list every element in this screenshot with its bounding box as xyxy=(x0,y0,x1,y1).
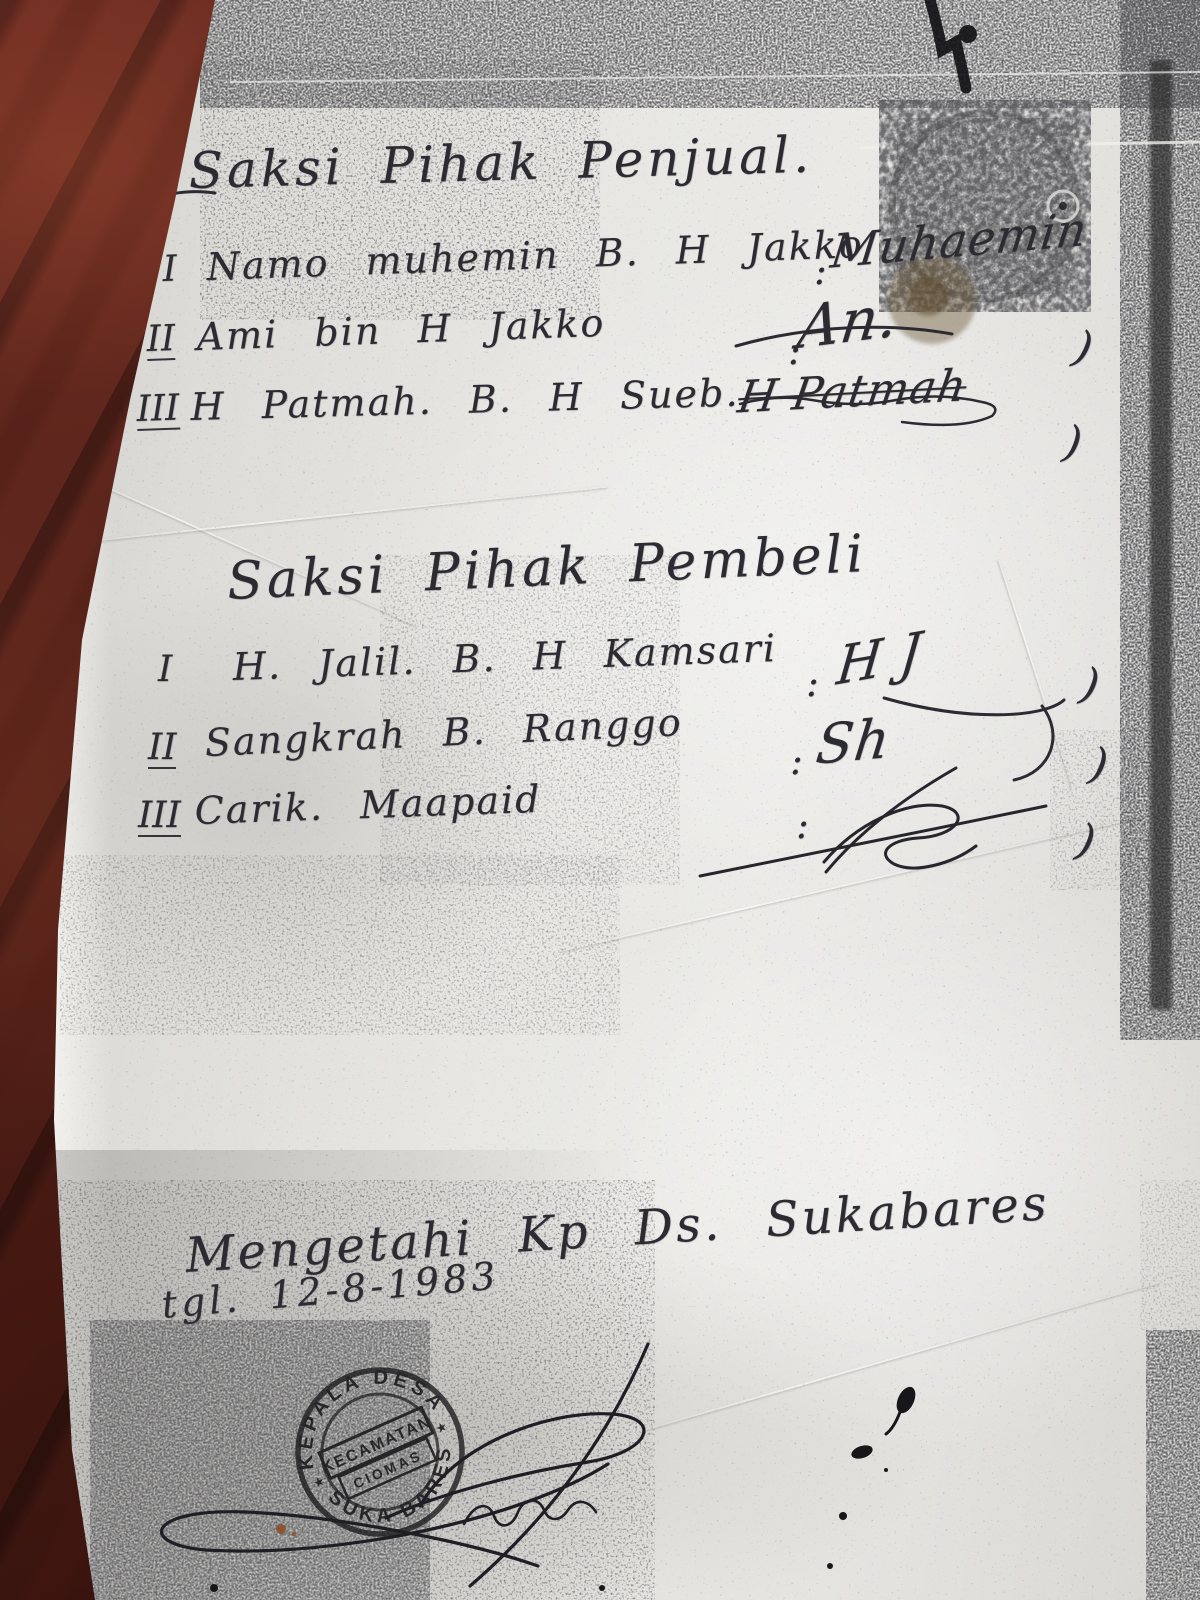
rust-spot xyxy=(276,1524,286,1534)
pembeli-row3-name: Carik. Maapaid xyxy=(194,780,542,830)
penjual-heading: Saksi Pihak Penjual. xyxy=(188,130,813,196)
penjual-row1-numeral: I xyxy=(162,252,177,288)
pembeli-row3-colon: : xyxy=(796,806,809,844)
penjual-row3-numeral: III xyxy=(136,391,180,431)
pembeli-row1-signature: H J xyxy=(834,625,924,694)
penjual-row2-numeral: II xyxy=(146,321,176,361)
penjual-row2-signature: An. xyxy=(795,286,902,358)
penjual-row3-signature: H Patmah xyxy=(735,364,970,420)
pembeli-row2-numeral: II xyxy=(148,730,176,769)
penjual-row1-colon: : xyxy=(814,252,827,290)
photo-of-document: { "document": { "section_penjual": { "he… xyxy=(0,0,1200,1600)
pembeli-row1-numeral: I xyxy=(158,652,172,688)
pembeli-row2-colon: : xyxy=(790,742,803,780)
pembeli-row3-numeral: III xyxy=(138,798,181,837)
document-paper: KEPALA DESA SUKA BARES KECAMATAN CIOMAS … xyxy=(0,0,1200,1600)
pembeli-row1-colon: : xyxy=(806,664,819,702)
pembeli-row2-signature: Sh xyxy=(813,712,893,773)
